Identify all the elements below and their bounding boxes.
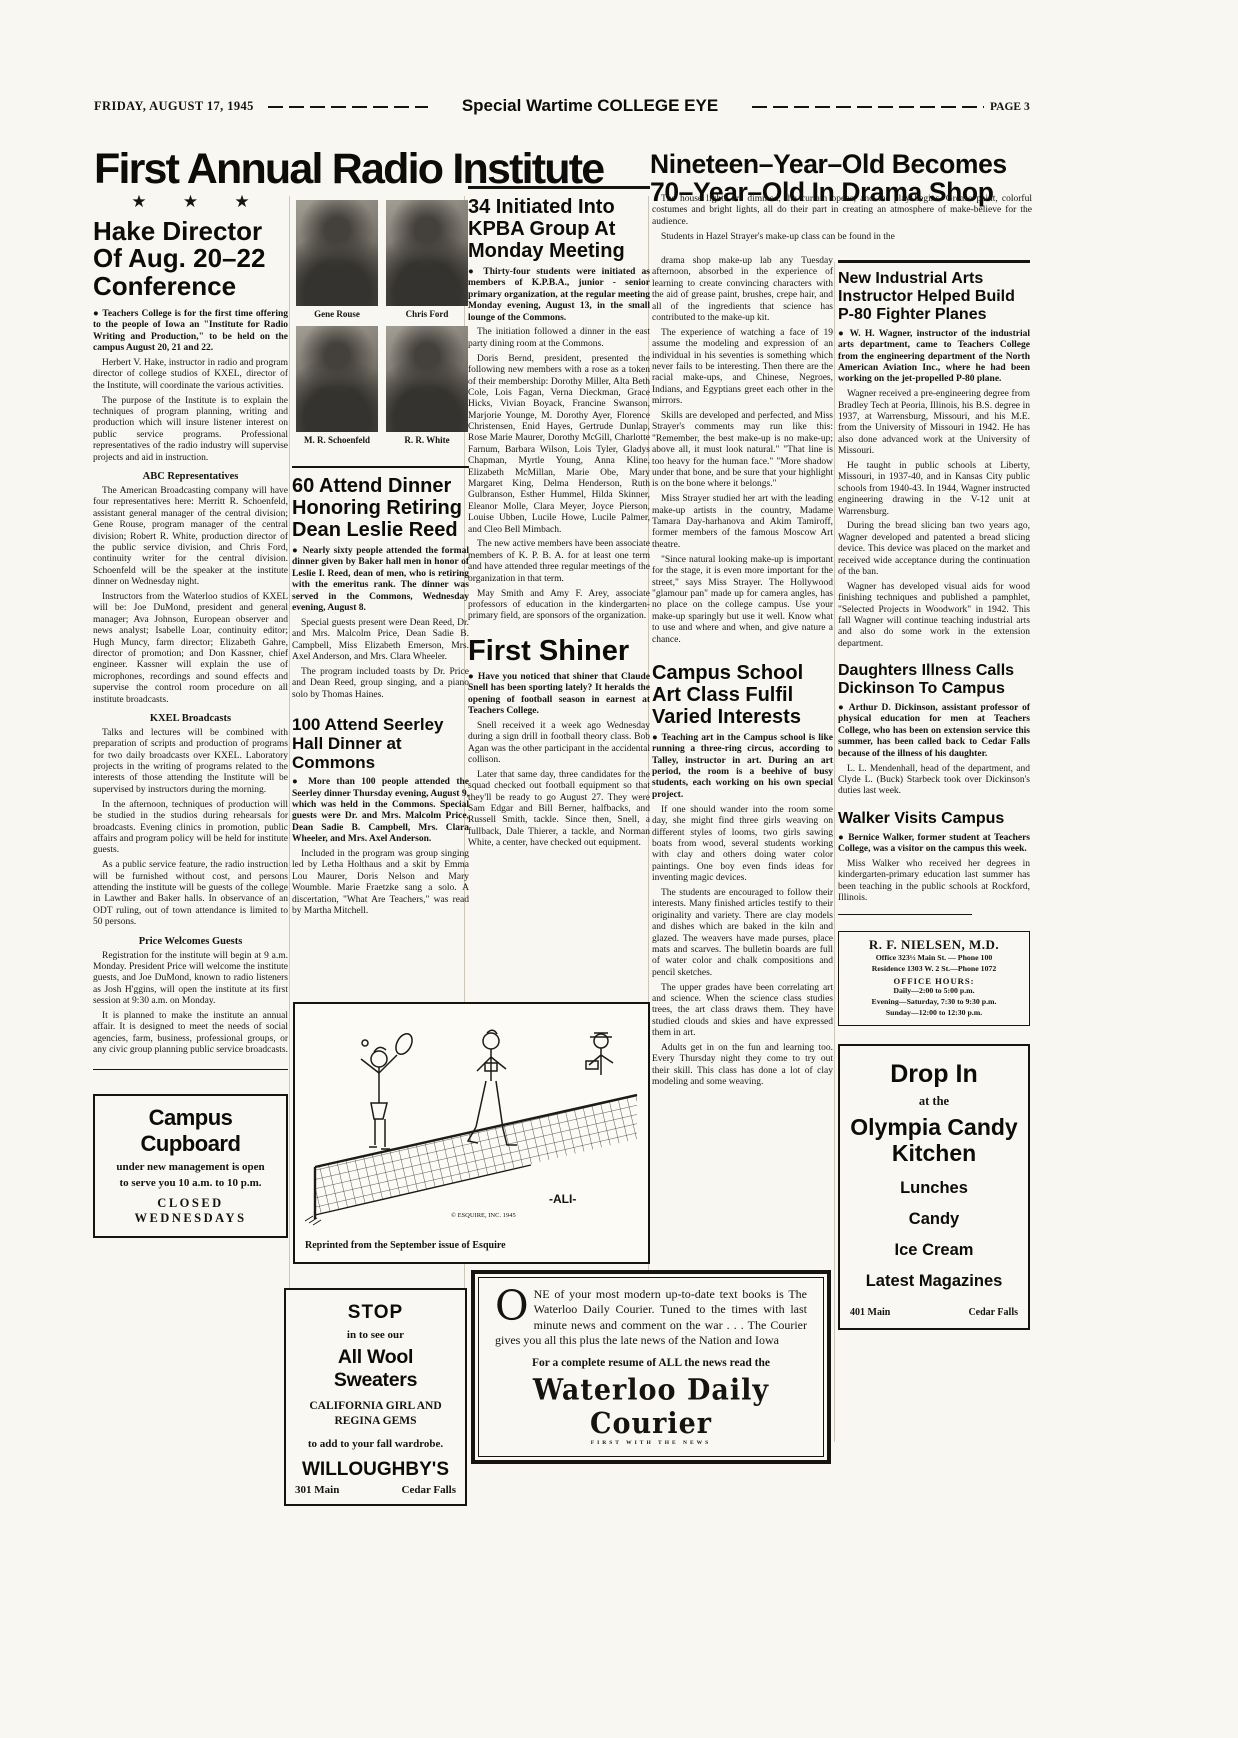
ad-line: Olympia Candy xyxy=(848,1114,1020,1140)
ad-line: CALIFORNIA GIRL AND REGINA GEMS xyxy=(295,1399,456,1429)
dickinson-headline: Daughters Illness Calls Dickinson To Cam… xyxy=(838,662,1030,698)
paragraph: ● Have you noticed that shiner that Clau… xyxy=(468,672,650,718)
cartoon-copyright: © ESQUIRE, INC. 1945 xyxy=(451,1212,516,1219)
willoughbys-ad: STOP in to see our All Wool Sweaters CAL… xyxy=(284,1288,467,1506)
paragraph: He taught in public schools at Liberty, … xyxy=(838,461,1030,518)
paragraph: Snell received it a week ago Wednesday d… xyxy=(468,721,650,767)
ad-line: Daily—2:00 to 5:00 p.m. xyxy=(841,986,1027,997)
ad-item: Lunches xyxy=(848,1179,1020,1198)
seerley-headline: 100 Attend Seerley Hall Dinner at Common… xyxy=(292,715,469,772)
olympia-ad: Drop In at the Olympia Candy Kitchen Lun… xyxy=(838,1044,1030,1330)
paragraph: The students are encouraged to follow th… xyxy=(652,888,833,979)
paragraph: Later that same day, three candidates fo… xyxy=(468,770,650,850)
ad-line: REGINA GEMS xyxy=(334,1415,416,1427)
ad-line: at the xyxy=(848,1094,1020,1109)
portrait-photo-white xyxy=(386,326,468,432)
ad-line: Kitchen xyxy=(848,1140,1020,1166)
column-2: 60 Attend Dinner Honoring Retiring Dean … xyxy=(292,466,469,921)
shiner-headline: First Shiner xyxy=(468,637,650,666)
paragraph: Registration for the institute will begi… xyxy=(93,951,288,1008)
ad-city: Cedar Falls xyxy=(402,1484,457,1496)
paragraph: As a public service feature, the radio i… xyxy=(93,860,288,928)
ad-line: Evening—Saturday, 7:30 to 9:30 p.m. xyxy=(841,997,1027,1008)
nielsen-ad: R. F. NIELSEN, M.D. Office 323½ Main St.… xyxy=(838,931,1030,1026)
paragraph: ● Arthur D. Dickinson, assistant profess… xyxy=(838,703,1030,760)
ad-item: Ice Cream xyxy=(848,1241,1020,1260)
paragraph: Skills are developed and perfected, and … xyxy=(652,411,833,491)
paragraph: The purpose of the Institute is to expla… xyxy=(93,396,288,464)
ad-item: Latest Magazines xyxy=(848,1272,1020,1291)
article-top-rule xyxy=(292,466,469,468)
ad-inner-frame: O NE of your most modern up-to-date text… xyxy=(478,1277,824,1457)
paragraph: drama shop make-up lab any Tuesday after… xyxy=(652,256,833,324)
column-4: drama shop make-up lab any Tuesday after… xyxy=(652,256,833,1092)
paragraph: ● Bernice Walker, former student at Teac… xyxy=(838,833,1030,856)
column-3: 34 Initiated Into KPBA Group At Monday M… xyxy=(468,186,650,853)
masthead-title: Special Wartime COLLEGE EYE xyxy=(430,96,750,116)
newspaper-page: FRIDAY, AUGUST 17, 1945 Special Wartime … xyxy=(0,0,1238,1738)
cartoonist-signature: -ALI- xyxy=(549,1192,576,1206)
paragraph: Herbert V. Hake, instructor in radio and… xyxy=(93,358,288,392)
column-1: ★ ★ ★ Hake Director Of Aug. 20–22 Confer… xyxy=(93,192,288,1238)
paragraph: Wagner received a pre-engineering degree… xyxy=(838,389,1030,457)
paragraph: Miss Strayer studied her art with the le… xyxy=(652,494,833,551)
ad-line: For a complete resume of ALL the news re… xyxy=(495,1357,807,1369)
paragraph: If one should wander into the room some … xyxy=(652,805,833,885)
photo-caption: Chris Ford xyxy=(386,306,468,326)
paragraph: Special guests present were Dean Reed, D… xyxy=(292,618,469,664)
portrait-photo-chris-ford xyxy=(386,200,468,306)
paragraph: Miss Walker who received her degrees in … xyxy=(838,859,1030,905)
ad-footer: 301 Main Cedar Falls xyxy=(295,1484,456,1496)
tennis-cartoon-drawing: -ALI- © ESQUIRE, INC. 1945 xyxy=(301,1007,644,1235)
cartoon-caption: Reprinted from the September issue of Es… xyxy=(301,1240,642,1251)
ad-line: OFFICE HOURS: xyxy=(841,976,1027,986)
divider-rule xyxy=(93,1069,288,1070)
article-top-rule xyxy=(468,186,650,189)
drama-headline-line1: Nineteen–Year–Old Becomes xyxy=(650,149,1007,179)
ad-line: under new management is open xyxy=(101,1161,280,1173)
walker-headline: Walker Visits Campus xyxy=(838,810,1030,828)
ad-line: to add to your fall wardrobe. xyxy=(295,1438,456,1450)
paragraph: "Since natural looking make-up is import… xyxy=(652,555,833,646)
paragraph: It is planned to make the institute an a… xyxy=(93,1011,288,1057)
paragraph: ● Teachers College is for the first time… xyxy=(93,309,288,355)
section-subhead: KXEL Broadcasts xyxy=(93,713,288,724)
masthead-rule-right xyxy=(752,106,984,108)
ad-line: in to see our xyxy=(295,1329,456,1341)
photo-caption: R. R. White xyxy=(386,432,468,452)
paragraph: ● Teaching art in the Campus school is l… xyxy=(652,733,833,801)
ad-line: to serve you 10 a.m. to 10 p.m. xyxy=(101,1177,280,1189)
paragraph: During the bread slicing ban two years a… xyxy=(838,521,1030,578)
drama-intro: The house lights are dimmed, the curtain… xyxy=(652,194,1032,247)
paragraph: Doris Bernd, president, presented the fo… xyxy=(468,354,650,536)
kpba-headline: 34 Initiated Into KPBA Group At Monday M… xyxy=(468,196,650,262)
paragraph: In the afternoon, techniques of producti… xyxy=(93,800,288,857)
ad-line: Drop In xyxy=(848,1060,1020,1089)
photo-grid: Gene Rouse Chris Ford M. R. Schoenfeld R… xyxy=(296,200,468,452)
ad-footer: 401 Main Cedar Falls xyxy=(848,1307,1020,1318)
art-headline: Campus School Art Class Fulfil Varied In… xyxy=(652,662,833,728)
ad-title: R. F. NIELSEN, M.D. xyxy=(841,937,1027,953)
paragraph: The program included toasts by Dr. Price… xyxy=(292,667,469,701)
ad-address: 401 Main xyxy=(850,1307,890,1318)
section-subhead: Price Welcomes Guests xyxy=(93,936,288,947)
paragraph: The house lights are dimmed, the curtain… xyxy=(652,194,1032,228)
paragraph: Students in Hazel Strayer's make-up clas… xyxy=(652,232,1032,243)
photo-caption: M. R. Schoenfeld xyxy=(296,432,378,452)
section-subhead: ABC Representatives xyxy=(93,471,288,482)
waterloo-courier-ad: O NE of your most modern up-to-date text… xyxy=(471,1270,831,1464)
paragraph: May Smith and Amy F. Arey, associate pro… xyxy=(468,589,650,623)
paragraph: The new active members have been associa… xyxy=(468,539,650,585)
esquire-cartoon: -ALI- © ESQUIRE, INC. 1945 Reprinted fro… xyxy=(293,1002,650,1264)
paragraph: The American Broadcasting company will h… xyxy=(93,486,288,589)
paragraph: Talks and lectures will be combined with… xyxy=(93,728,288,796)
masthead-page-number: PAGE 3 xyxy=(990,101,1030,113)
paragraph: The upper grades have been correlating a… xyxy=(652,983,833,1040)
ad-line: CLOSED WEDNESDAYS xyxy=(101,1196,280,1226)
ad-line: CALIFORNIA GIRL AND xyxy=(309,1400,441,1412)
ad-address: 301 Main xyxy=(295,1484,339,1496)
paragraph: Instructors from the Waterloo studios of… xyxy=(93,592,288,706)
ad-title: STOP xyxy=(295,1302,456,1324)
ad-line: Sunday—12:00 to 12:30 p.m. xyxy=(841,1008,1027,1019)
wagner-headline: New Industrial Arts Instructor Helped Bu… xyxy=(838,270,1030,324)
courier-tagline: FIRST WITH THE NEWS xyxy=(495,1440,807,1446)
paragraph: ● Nearly sixty people attended the forma… xyxy=(292,546,469,614)
ad-line: Office 323½ Main St. — Phone 100 xyxy=(841,953,1027,964)
paragraph: The initiation followed a dinner in the … xyxy=(468,327,650,350)
divider-rule xyxy=(838,914,972,915)
ad-line: All Wool Sweaters xyxy=(295,1346,456,1392)
ad-body-text: NE of your most modern up-to-date text b… xyxy=(495,1287,807,1348)
ad-title: Campus Cupboard xyxy=(101,1105,280,1157)
ad-line: Residence 1303 W. 2 St.—Phone 1072 xyxy=(841,964,1027,975)
photo-caption: Gene Rouse xyxy=(296,306,378,326)
column-5: New Industrial Arts Instructor Helped Bu… xyxy=(838,260,1030,1330)
hake-headline: Hake Director Of Aug. 20–22 Conference xyxy=(93,218,288,300)
portrait-photo-schoenfeld xyxy=(296,326,378,432)
drop-cap: O xyxy=(495,1287,534,1323)
article-top-rule xyxy=(838,260,1030,263)
paragraph: ● More than 100 people attended the Seer… xyxy=(292,777,469,845)
column-divider xyxy=(834,262,835,1442)
paragraph: Included in the program was group singin… xyxy=(292,849,469,917)
paragraph: Wagner has developed visual aids for woo… xyxy=(838,582,1030,650)
paragraph: The experience of watching a face of 19 … xyxy=(652,328,833,408)
paragraph: ● W. H. Wagner, instructor of the indust… xyxy=(838,329,1030,386)
ad-city: Cedar Falls xyxy=(968,1307,1018,1318)
ad-store-name: WILLOUGHBY'S xyxy=(295,1459,456,1481)
campus-cupboard-ad: Campus Cupboard under new management is … xyxy=(93,1094,288,1238)
courier-logo: Waterloo Daily Courier xyxy=(495,1374,807,1441)
reed-headline: 60 Attend Dinner Honoring Retiring Dean … xyxy=(292,475,469,541)
masthead-rule-left xyxy=(268,106,428,108)
paragraph: L. L. Mendenhall, head of the department… xyxy=(838,764,1030,798)
stars-divider: ★ ★ ★ xyxy=(93,192,288,212)
portrait-photo-gene-rouse xyxy=(296,200,378,306)
paragraph: ● Thirty-four students were initiated as… xyxy=(468,267,650,324)
paragraph: Adults get in on the fun and learning to… xyxy=(652,1043,833,1089)
masthead-date: FRIDAY, AUGUST 17, 1945 xyxy=(94,99,254,114)
ad-item: Candy xyxy=(848,1210,1020,1229)
column-divider xyxy=(289,196,290,1386)
